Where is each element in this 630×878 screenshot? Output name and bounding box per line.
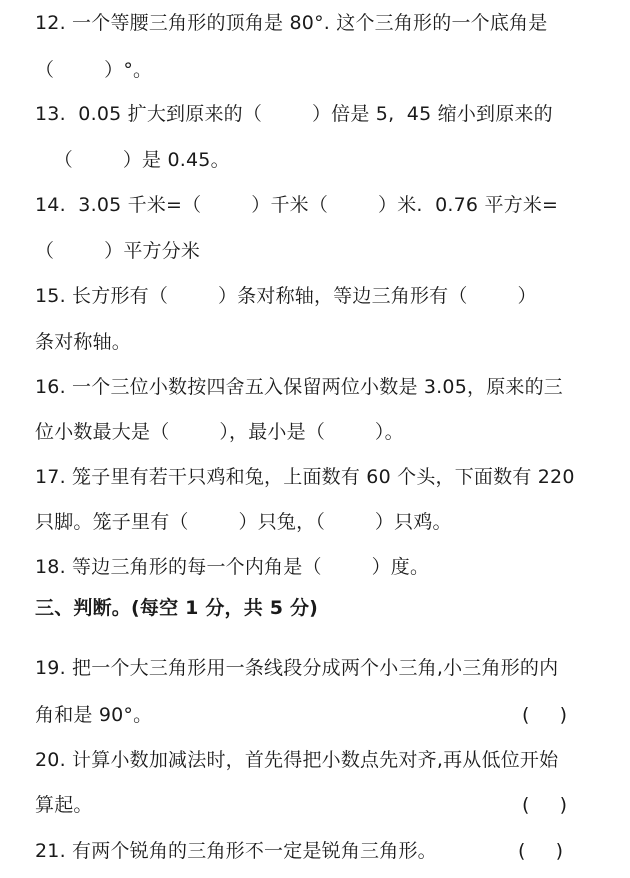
question-15-line-1: 15. 长方形有（ ）条对称轴，等边三角形有（ ） (35, 283, 537, 309)
section-heading-judgment: 三、判断。(每空 1 分，共 5 分) (35, 595, 318, 621)
question-18: 18. 等边三角形的每一个内角是（ ）度。 (35, 554, 429, 580)
answer-bracket-19: ( ) (522, 702, 567, 728)
question-19-line-2: 角和是 90°。 (35, 702, 152, 728)
answer-bracket-21: ( ) (518, 838, 563, 864)
question-12-line-1: 12. 一个等腰三角形的顶角是 80°. 这个三角形的一个底角是 (35, 10, 547, 36)
question-16-line-2: 位小数最大是（ ），最小是（ ）。 (35, 419, 404, 445)
question-14-line-2: （ ）平方分米 (35, 238, 200, 264)
question-14-line-1: 14. 3.05 千米=（ ）千米（ ）米. 0.76 平方米= (35, 192, 558, 218)
question-20-line-2: 算起。 (35, 792, 93, 818)
question-13-line-1: 13. 0.05 扩大到原来的（ ）倍是 5, 45 缩小到原来的 (35, 101, 553, 127)
question-21: 21. 有两个锐角的三角形不一定是锐角三角形。 (35, 838, 437, 864)
question-15-line-2: 条对称轴。 (35, 329, 131, 355)
question-12-line-2: （ ）°。 (35, 57, 152, 83)
question-13-line-2: （ ）是 0.45。 (35, 147, 230, 173)
question-17-line-2: 只脚。笼子里有（ ）只兔，（ ）只鸡。 (35, 509, 452, 535)
question-17-line-1: 17. 笼子里有若干只鸡和兔，上面数有 60 个头，下面数有 220 (35, 464, 575, 490)
answer-bracket-20: ( ) (522, 792, 567, 818)
question-16-line-1: 16. 一个三位小数按四舍五入保留两位小数是 3.05，原来的三 (35, 374, 563, 400)
question-20-line-1: 20. 计算小数加减法时，首先得把小数点先对齐,再从低位开始 (35, 747, 558, 773)
question-19-line-1: 19. 把一个大三角形用一条线段分成两个小三角,小三角形的内 (35, 655, 558, 681)
